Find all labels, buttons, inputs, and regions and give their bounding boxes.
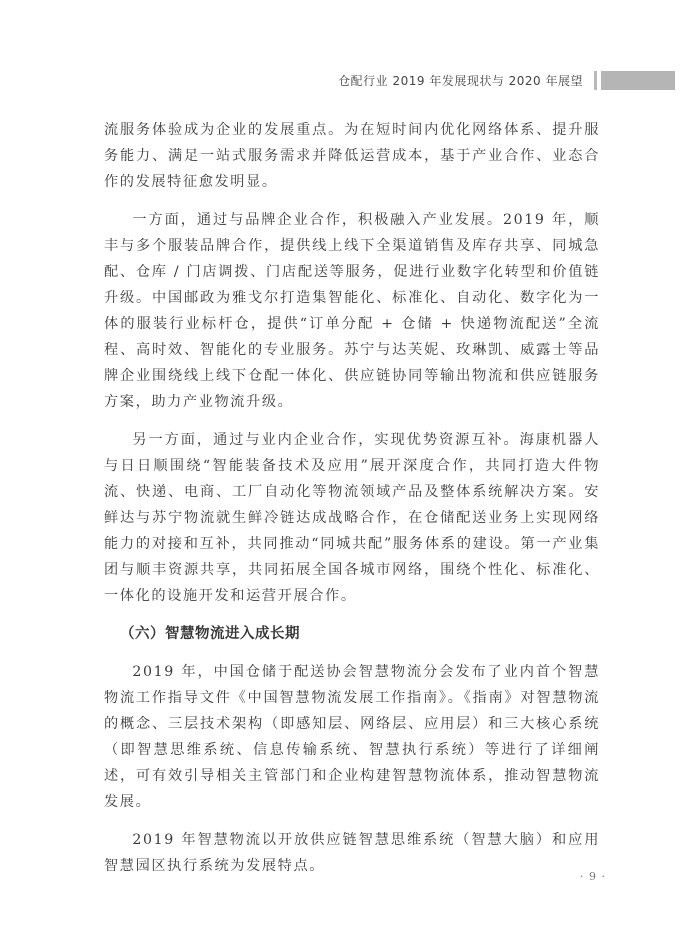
header-gray-block: [601, 71, 675, 90]
page-body: 流服务体验成为企业的发展重点。为在短时间内优化网络体系、提升服务能力、满足一站式…: [104, 117, 600, 879]
page-number: · 9 ·: [580, 870, 606, 883]
paragraph-smart-logistics-features: 2019 年智慧物流以开放供应链智慧思维系统（智慧大脑）和应用智慧园区执行系统为…: [104, 827, 600, 879]
paragraph-continuation: 流服务体验成为企业的发展重点。为在短时间内优化网络体系、提升服务能力、满足一站式…: [104, 117, 600, 195]
running-header-title: 仓配行业 2019 年发展现状与 2020 年展望: [338, 72, 583, 89]
header-divider: [594, 71, 597, 90]
paragraph-industry-cooperation: 另一方面，通过与业内企业合作，实现优势资源互补。海康机器人与日日顺围绕“智能装备…: [104, 427, 600, 609]
section-heading: （六）智慧物流进入成长期: [104, 621, 600, 647]
paragraph-smart-logistics-guide: 2019 年，中国仓储于配送协会智慧物流分会发布了业内首个智慧物流工作指导文件《…: [104, 659, 600, 815]
paragraph-brand-cooperation: 一方面，通过与品牌企业合作，积极融入产业发展。2019 年，顺丰与多个服装品牌合…: [104, 207, 600, 415]
